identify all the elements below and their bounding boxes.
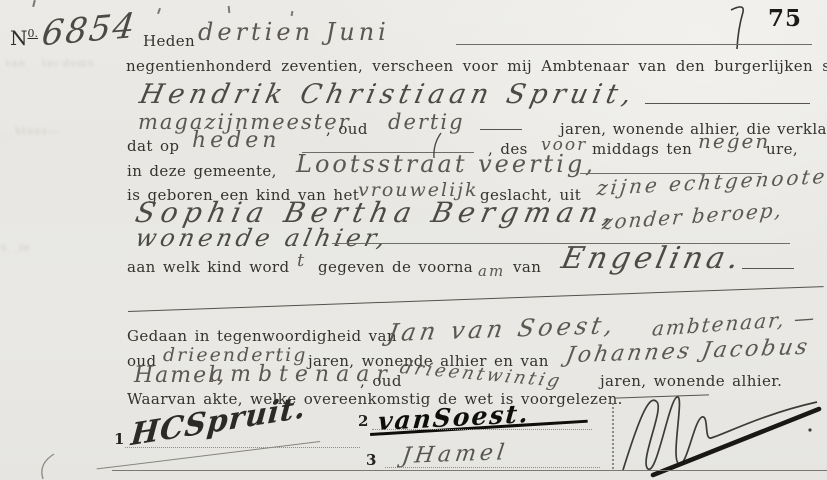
printed-comma-oud: , oud bbox=[326, 120, 368, 138]
declarant-name: Hendrik Christiaan Spruit, bbox=[137, 79, 640, 110]
bottom-curve-mark bbox=[36, 452, 58, 480]
printed-year-line: negentienhonderd zeventien, verscheen vo… bbox=[126, 57, 827, 75]
page-number: 75 bbox=[768, 5, 802, 32]
ink-speck bbox=[228, 6, 231, 13]
handwritten-wonende-alhier: wonende alhier, bbox=[133, 224, 392, 252]
diagonal-strike-line bbox=[128, 286, 824, 312]
blank-line-rule bbox=[456, 44, 812, 45]
next-record-top-border bbox=[112, 470, 827, 471]
signature1-dotted-line bbox=[125, 447, 360, 448]
act-number-superscript: 0. bbox=[28, 27, 39, 40]
declarant-age: dertig bbox=[388, 110, 465, 134]
printed-ure: ure, bbox=[766, 140, 798, 158]
hand-dash bbox=[480, 129, 522, 130]
handwritten-echtgenoote: zijne echtgenoote bbox=[596, 164, 827, 200]
act-number-n: N bbox=[10, 26, 28, 50]
ink-speck bbox=[32, 0, 36, 7]
pen-flourish-icon bbox=[726, 3, 752, 53]
witness2-signature-text: JHamel bbox=[400, 440, 510, 469]
printed-jaren-alhier: jaren, wonende alhier. bbox=[600, 372, 782, 390]
bleed-through-mark: —suǝʇɥ˙˙ bbox=[2, 126, 58, 137]
printed-van: van bbox=[513, 258, 541, 276]
filler-dash bbox=[742, 268, 794, 269]
hand-letters-am: am bbox=[478, 262, 505, 280]
registrar-signature bbox=[613, 390, 827, 478]
ink-speck bbox=[157, 8, 161, 14]
printed-gedaan: Gedaan in tegenwoordigheid van bbox=[127, 327, 397, 345]
printed-gegeven-voorna: gegeven de voorna bbox=[318, 258, 473, 276]
mother-occupation: zonder beroep, bbox=[601, 198, 784, 235]
child-name: Engelina. bbox=[558, 241, 746, 276]
birth-certificate-scan: umop.ıǝʇ ˙˙uɐʌ —suǝʇɥ˙˙ ǝı˙˙s N0. 6854 7… bbox=[0, 0, 827, 480]
handwritten-heden: heden bbox=[192, 128, 280, 153]
ink-speck bbox=[291, 11, 294, 16]
witness2-firstnames: Johannes Jacobus bbox=[564, 335, 812, 369]
signature2-dotted-line bbox=[372, 429, 592, 430]
handwritten-date: dertien Juni bbox=[198, 18, 390, 46]
printed-in-deze-gemeente: in deze gemeente, bbox=[127, 162, 277, 180]
witness2-signature: JHamel bbox=[402, 442, 508, 467]
signature2-number: 2 bbox=[358, 412, 368, 430]
bleed-through-mark: ǝı˙˙s bbox=[0, 242, 29, 253]
printed-comma-oud2: , oud bbox=[360, 372, 402, 390]
hand-letter-t: t bbox=[297, 250, 306, 271]
printed-aan-welk-kind: aan welk kind word bbox=[127, 258, 289, 276]
signature1-number: 1 bbox=[114, 430, 124, 448]
act-number-label: N0. bbox=[10, 26, 38, 50]
handwritten-hour: negen bbox=[698, 129, 770, 153]
birth-address: Lootsstraat veertig, bbox=[296, 150, 596, 178]
printed-heden: Heden bbox=[143, 32, 195, 50]
bleed-through-mark: umop.ıǝʇ ˙˙uɐʌ bbox=[4, 58, 94, 69]
declarant-signature: HCSpruit. bbox=[130, 404, 307, 439]
signature3-number: 3 bbox=[366, 451, 376, 469]
signature3-dotted-line bbox=[385, 467, 600, 468]
act-number-value: 6854 bbox=[40, 6, 139, 55]
printed-middags-ten: middags ten bbox=[592, 140, 692, 158]
filler-dash bbox=[645, 103, 810, 104]
printed-jaren-verklaarde: jaren, wonende alhier, die verklaarde, bbox=[560, 120, 827, 138]
printed-dat-op: dat op bbox=[127, 137, 179, 155]
